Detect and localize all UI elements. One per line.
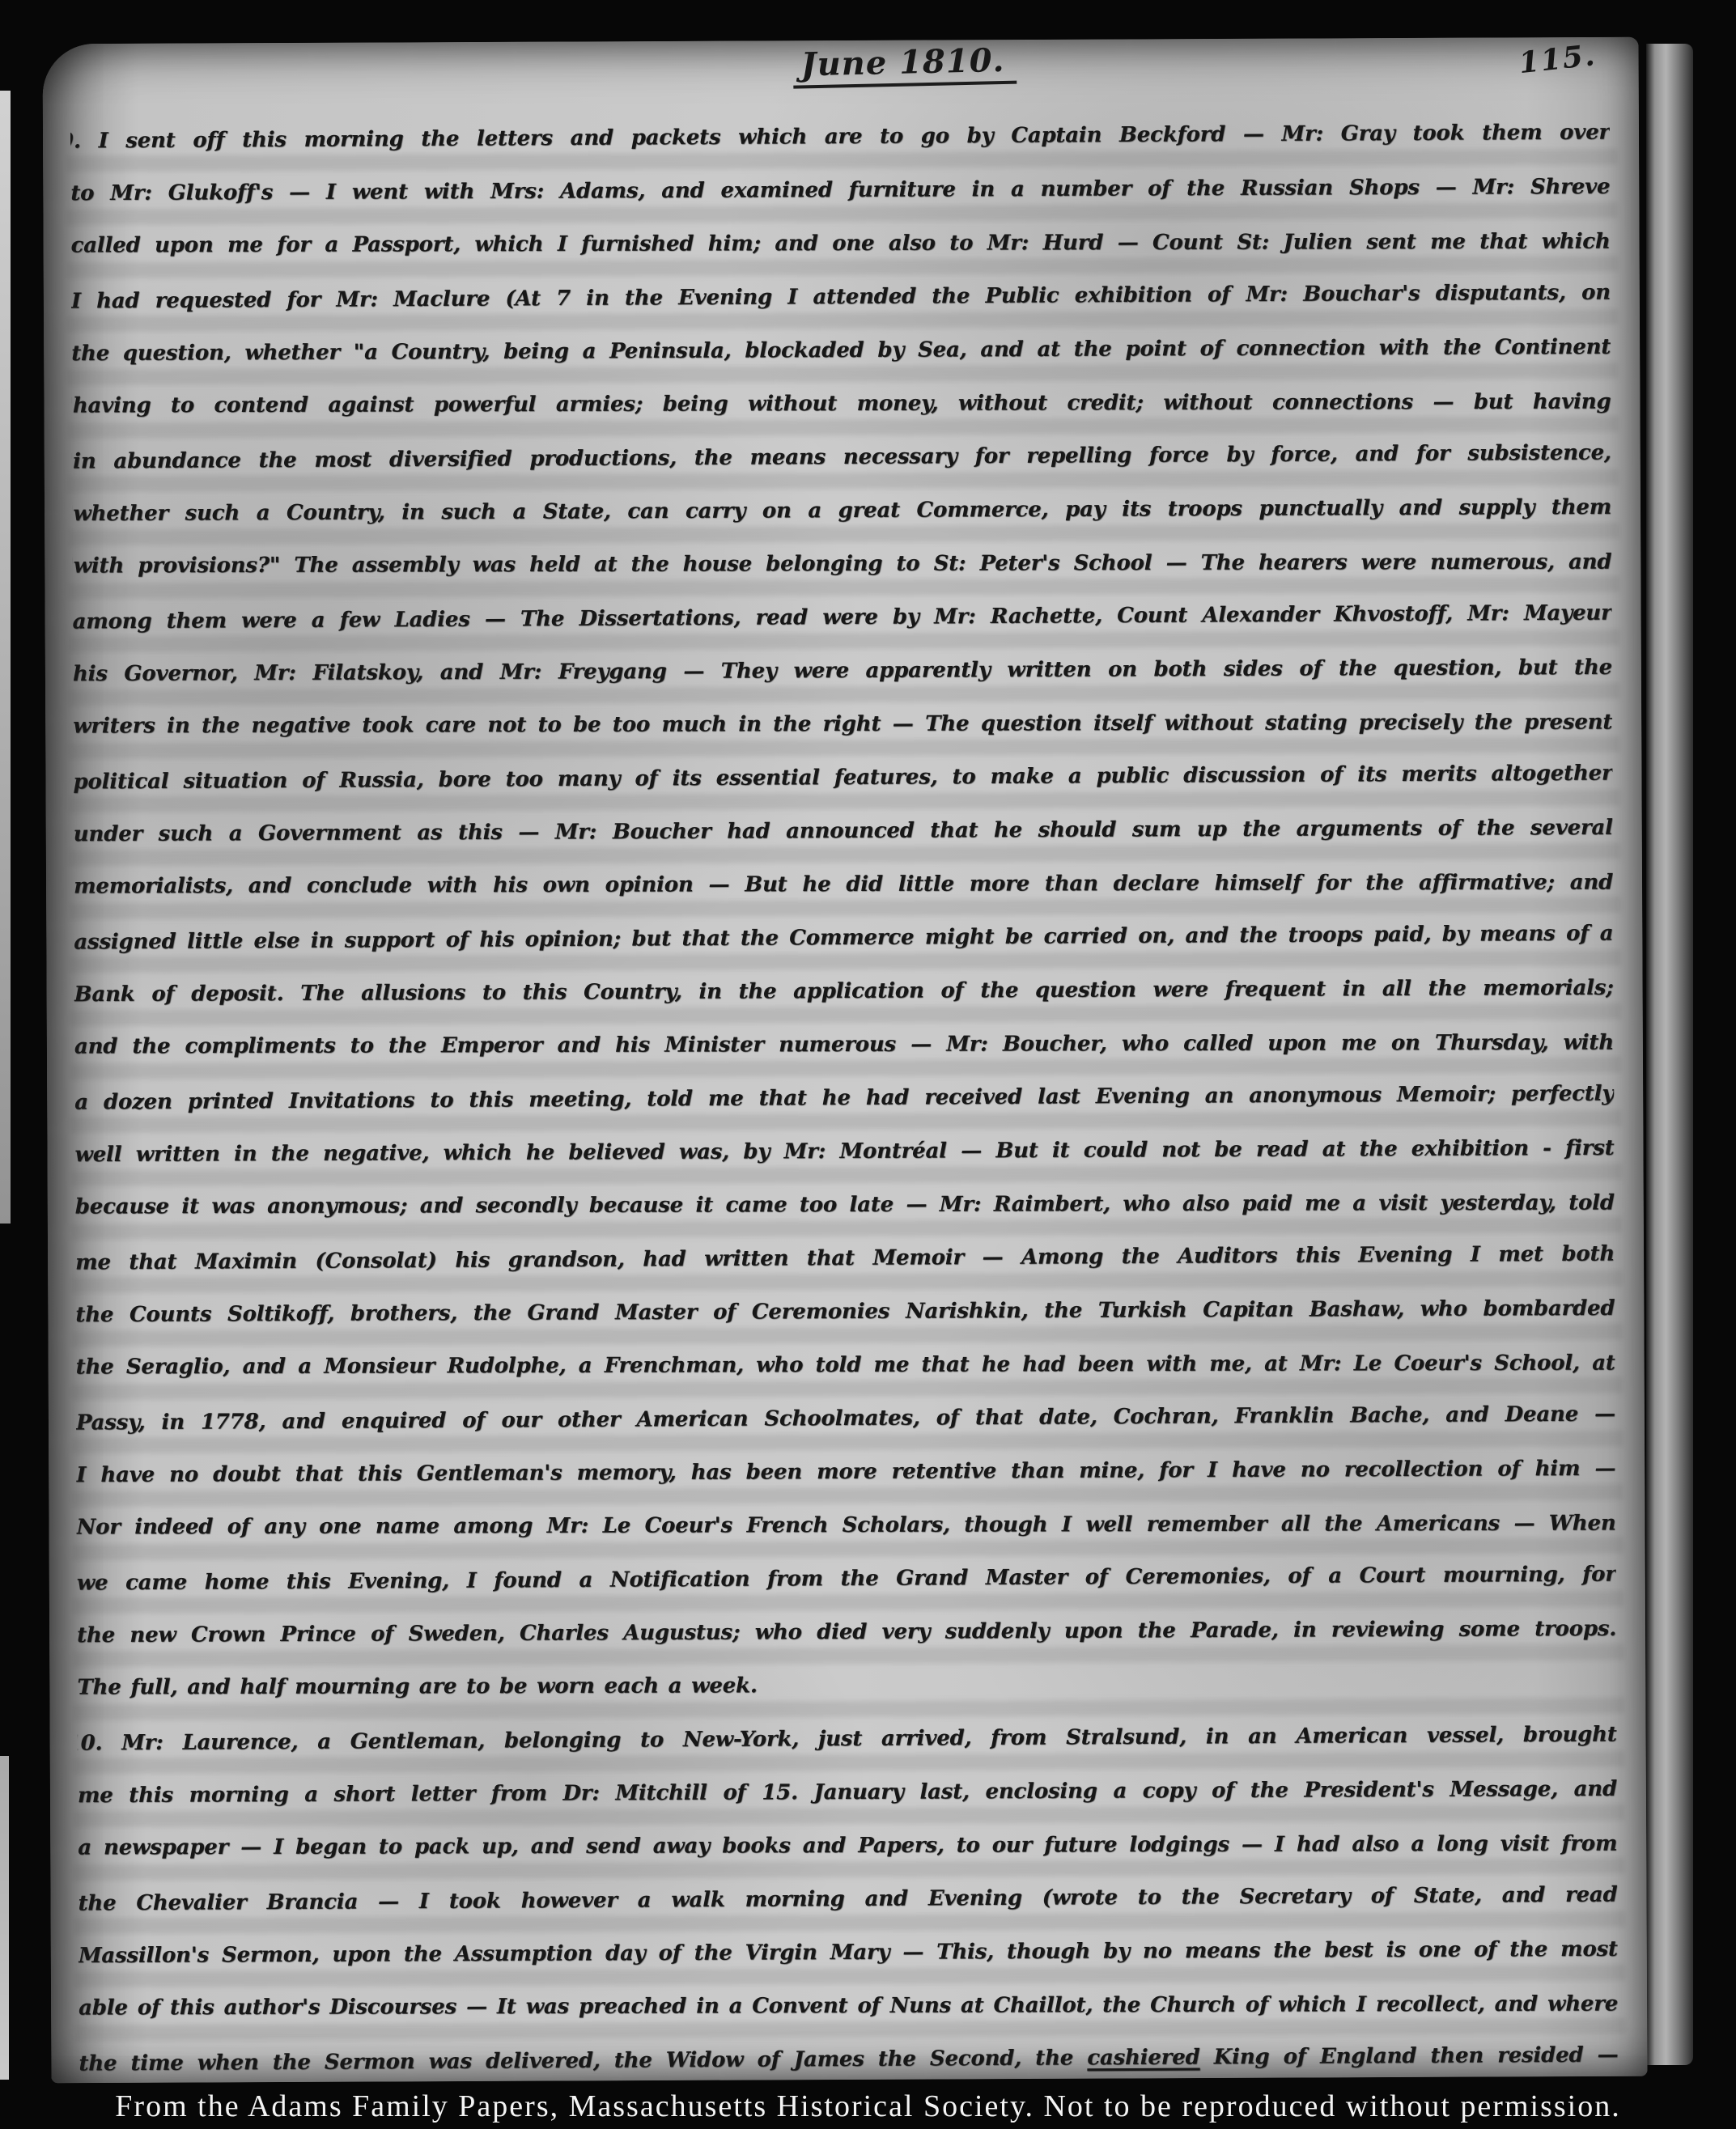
manuscript-line: the new Crown Prince of Sweden, Charles … [77,1604,1616,1664]
manuscript-line: and the compliments to the Emperor and h… [74,1018,1614,1075]
manuscript-line: "in abundance the most diversified produ… [72,428,1611,490]
scanned-diary-photo: June 1810. 115. 9. I sent off this morni… [0,0,1736,2129]
manuscript-line: among them were a few Ladies — The Disse… [72,588,1611,651]
manuscript-line: a dozen printed Invitations to this meet… [74,1069,1614,1131]
manuscript-line: The full, and half mourning are to be wo… [77,1659,1616,1716]
manuscript-line: "whether such a Country, in such a State… [72,482,1611,542]
manuscript-line: Massillon's Sermon, upon the Assumption … [79,1924,1618,1984]
manuscript-line: under such a Government as this — Mr: Bo… [74,803,1613,863]
manuscript-line: the time when the Sermon was delivered, … [79,2030,1618,2093]
manuscript-line: the Counts Soltikoff, brothers, the Gran… [75,1283,1615,1343]
book-fore-edge [1646,44,1693,2065]
manuscript-line: the Chevalier Brancia — I took however a… [78,1870,1617,1932]
manuscript-line: the question, whether "a Country, being … [71,322,1611,382]
page-heading: June 1810. [792,41,1017,89]
manuscript-line: me this morning a short letter from Dr: … [78,1764,1617,1824]
page-number: 115. [1517,38,1598,80]
manuscript-line: called upon me for a Passport, which I f… [71,217,1611,274]
manuscript-line: Nor indeed of any one name among Mr: Le … [76,1499,1615,1556]
facing-page-edge-top [0,91,11,1224]
manuscript-line: his Governor, Mr: Filatskoy, and Mr: Fre… [73,643,1612,702]
manuscript-line: writers in the negative took care not to… [73,698,1612,755]
manuscript-line: the Seraglio, and a Monsieur Rudolphe, a… [76,1338,1615,1396]
manuscript-line: 9. I sent off this morning the letters a… [70,108,1610,170]
manuscript-line: Passy, in 1778, and enquired of our othe… [76,1389,1615,1452]
manuscript-line: assigned little else in support of his o… [74,909,1613,971]
manuscript-line: me that Maximin (Consolat) his grandson,… [75,1229,1615,1291]
manuscript-line: Bank of deposit. The allusions to this C… [74,963,1614,1023]
manuscript-line: able of this author's Discourses — It wa… [79,1979,1618,2037]
manuscript-page: June 1810. 115. 9. I sent off this morni… [43,37,1648,2084]
manuscript-lines: 9. I sent off this morning the letters a… [70,108,1619,2091]
manuscript-line: to Mr: Glukoff's — I went with Mrs: Adam… [70,162,1610,222]
facing-page-edge-bottom [0,1756,9,2080]
manuscript-line: I had requested for Mr: Maclure (At 7 in… [71,268,1611,330]
manuscript-line: because it was anonymous; and secondly b… [75,1178,1615,1236]
manuscript-line: I have no doubt that this Gentleman's me… [76,1444,1615,1503]
manuscript-line: "with provisions?" The assembly was held… [72,537,1611,595]
manuscript-line: political situation of Russia, bore too … [73,749,1612,811]
manuscript-line: well written in the negative, which he b… [74,1123,1614,1183]
manuscript-line: we came home this Evening, I found a Not… [77,1550,1616,1612]
manuscript-line: "having to contend against powerful armi… [71,377,1611,435]
manuscript-line: 10. Mr: Laurence, a Gentleman, belonging… [77,1710,1616,1772]
manuscript-line: a newspaper — I began to pack up, and se… [78,1819,1617,1877]
archive-caption: From the Adams Family Papers, Massachuse… [0,2089,1736,2124]
manuscript-line: memorialists, and conclude with his own … [74,858,1613,915]
